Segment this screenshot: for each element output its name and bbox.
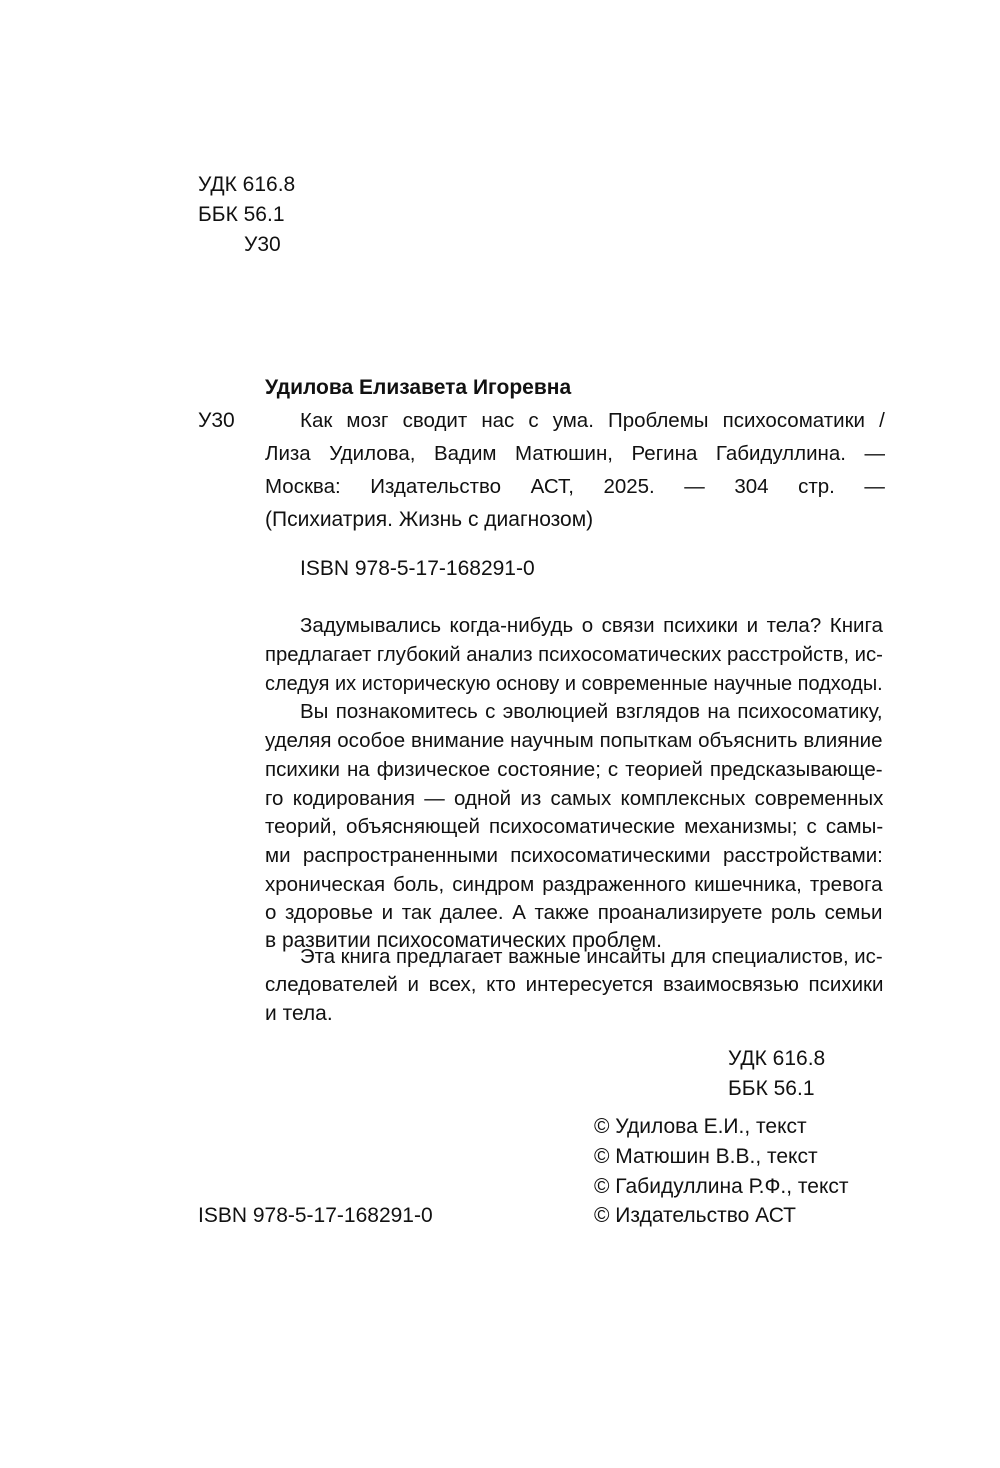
annotation-p3-line: следователей и всех, кто интересуется вз… xyxy=(265,971,883,999)
copyright-line: © Габидуллина Р.Ф., текст xyxy=(594,1173,849,1201)
bbk-code-top: ББК 56.1 xyxy=(198,201,285,229)
annotation-p1-line: следуя их историческую основу и современ… xyxy=(265,670,883,698)
annotation-p2-line: о здоровье и так далее. А также проанали… xyxy=(265,899,883,927)
bbk-code-bottom: ББК 56.1 xyxy=(728,1075,815,1103)
author-sign-top: У30 xyxy=(244,231,281,259)
copyright-line: © Издательство АСТ xyxy=(594,1202,796,1230)
author-heading: Удилова Елизавета Игоревна xyxy=(265,374,571,402)
bib-line-series: (Психиатрия. Жизнь с диагнозом) xyxy=(265,506,593,534)
bib-line-authors: Лиза Удилова, Вадим Матюшин, Регина Габи… xyxy=(265,440,885,468)
book-imprint-page: УДК 616.8 ББК 56.1 У30 Удилова Елизавета… xyxy=(0,0,1000,1468)
udk-code-bottom: УДК 616.8 xyxy=(728,1045,825,1073)
annotation-p3-line: и тела. xyxy=(265,1000,333,1028)
annotation-p1-line: предлагает глубокий анализ психосоматиче… xyxy=(265,641,883,669)
bib-line-publisher: Москва: Издательство АСТ, 2025. — 304 ст… xyxy=(265,473,885,501)
annotation-p2-line: теорий, объясняющей психосоматические ме… xyxy=(265,813,883,841)
isbn-bottom: ISBN 978-5-17-168291-0 xyxy=(198,1202,433,1230)
annotation-p1-line: Задумывались когда-нибудь о связи психик… xyxy=(300,612,883,640)
isbn-record: ISBN 978-5-17-168291-0 xyxy=(300,555,535,583)
annotation-p3-line: Эта книга предлагает важные инсайты для … xyxy=(300,943,883,971)
annotation-p2-line: Вы познакомитесь с эволюцией взглядов на… xyxy=(300,698,883,726)
annotation-p2-line: го кодирования — одной из самых комплекс… xyxy=(265,785,883,813)
annotation-p2-line: хроническая боль, синдром раздраженного … xyxy=(265,871,883,899)
bib-line-title: Как мозг сводит нас с ума. Проблемы псих… xyxy=(300,407,885,435)
annotation-p2-line: уделяя особое внимание научным попыткам … xyxy=(265,727,883,755)
copyright-line: © Удилова Е.И., текст xyxy=(594,1113,807,1141)
copyright-line: © Матюшин В.В., текст xyxy=(594,1143,818,1171)
author-sign-record: У30 xyxy=(198,407,235,435)
annotation-p2-line: психики на физическое состояние; с теори… xyxy=(265,756,883,784)
udk-code-top: УДК 616.8 xyxy=(198,171,295,199)
annotation-p2-line: ми распространенными психосоматическими … xyxy=(265,842,883,870)
